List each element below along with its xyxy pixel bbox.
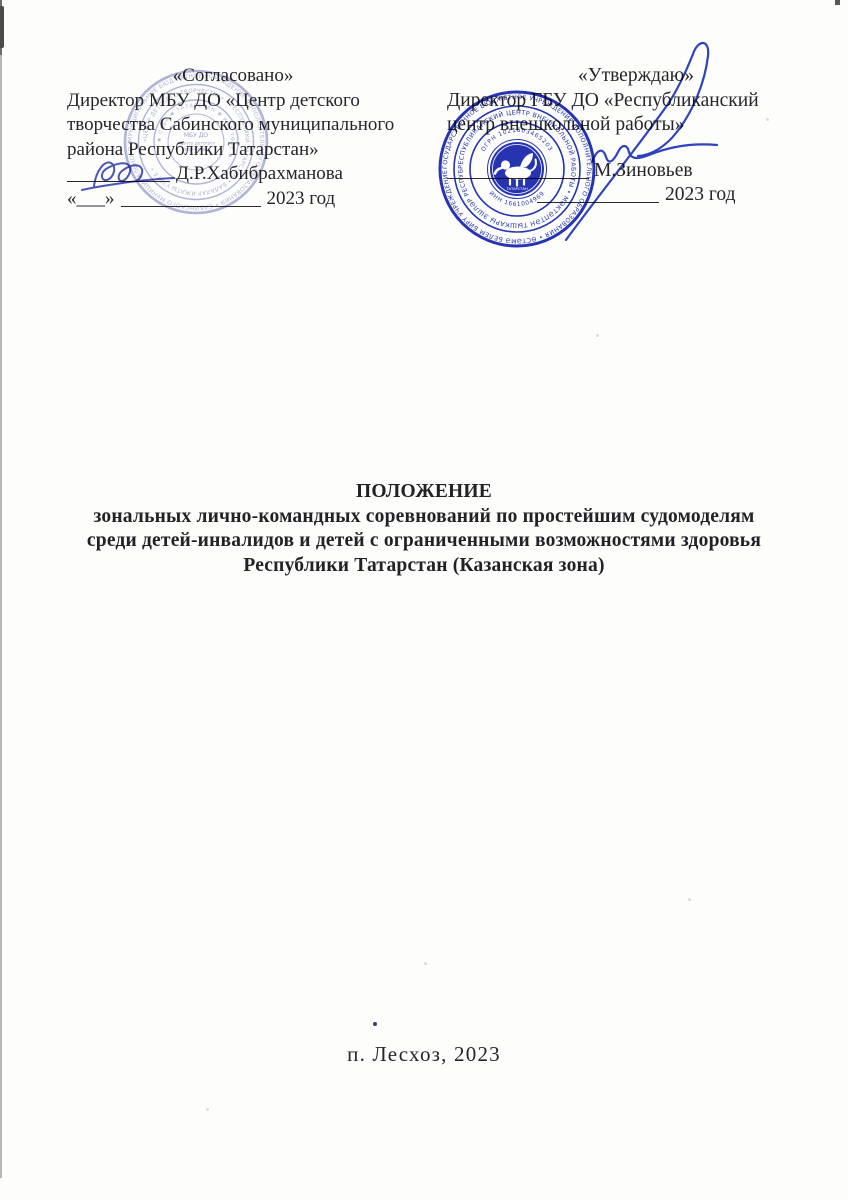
title-line-2: зональных лично-командных соревнований п… — [0, 505, 848, 530]
scan-speck — [835, 0, 840, 5]
scan-speck — [424, 962, 427, 965]
svg-text:МБУ ДО: МБУ ДО — [184, 132, 209, 139]
tatarstan-emblem: ТАТАРСТАН — [490, 142, 544, 196]
footer-place-year: п. Лесхоз, 2023 — [0, 1042, 848, 1067]
emblem-caption: ТАТАРСТАН — [505, 187, 528, 191]
scan-speck — [688, 898, 691, 901]
scanned-document-page: «Согласовано» Директор МБУ ДО «Центр дет… — [0, 0, 848, 1200]
scan-edge-line — [0, 0, 2, 1178]
svg-text:«Центр детского: «Центр детского — [177, 141, 216, 147]
title-line-1: ПОЛОЖЕНИЕ — [0, 480, 848, 505]
scan-edge-dark-mark — [0, 6, 4, 48]
date-year-left: 2023 год — [267, 188, 336, 209]
document-title: ПОЛОЖЕНИЕ зональных лично-командных соре… — [0, 480, 848, 578]
scan-speck — [206, 1108, 209, 1111]
ink-dot — [373, 1022, 377, 1026]
scan-speck — [596, 334, 599, 337]
signature-right — [550, 28, 735, 248]
title-line-4: Республики Татарстан (Казанская зона) — [0, 554, 848, 579]
title-line-3: среди детей-инвалидов и детей с ограниче… — [0, 529, 848, 554]
signature-left — [80, 150, 200, 200]
